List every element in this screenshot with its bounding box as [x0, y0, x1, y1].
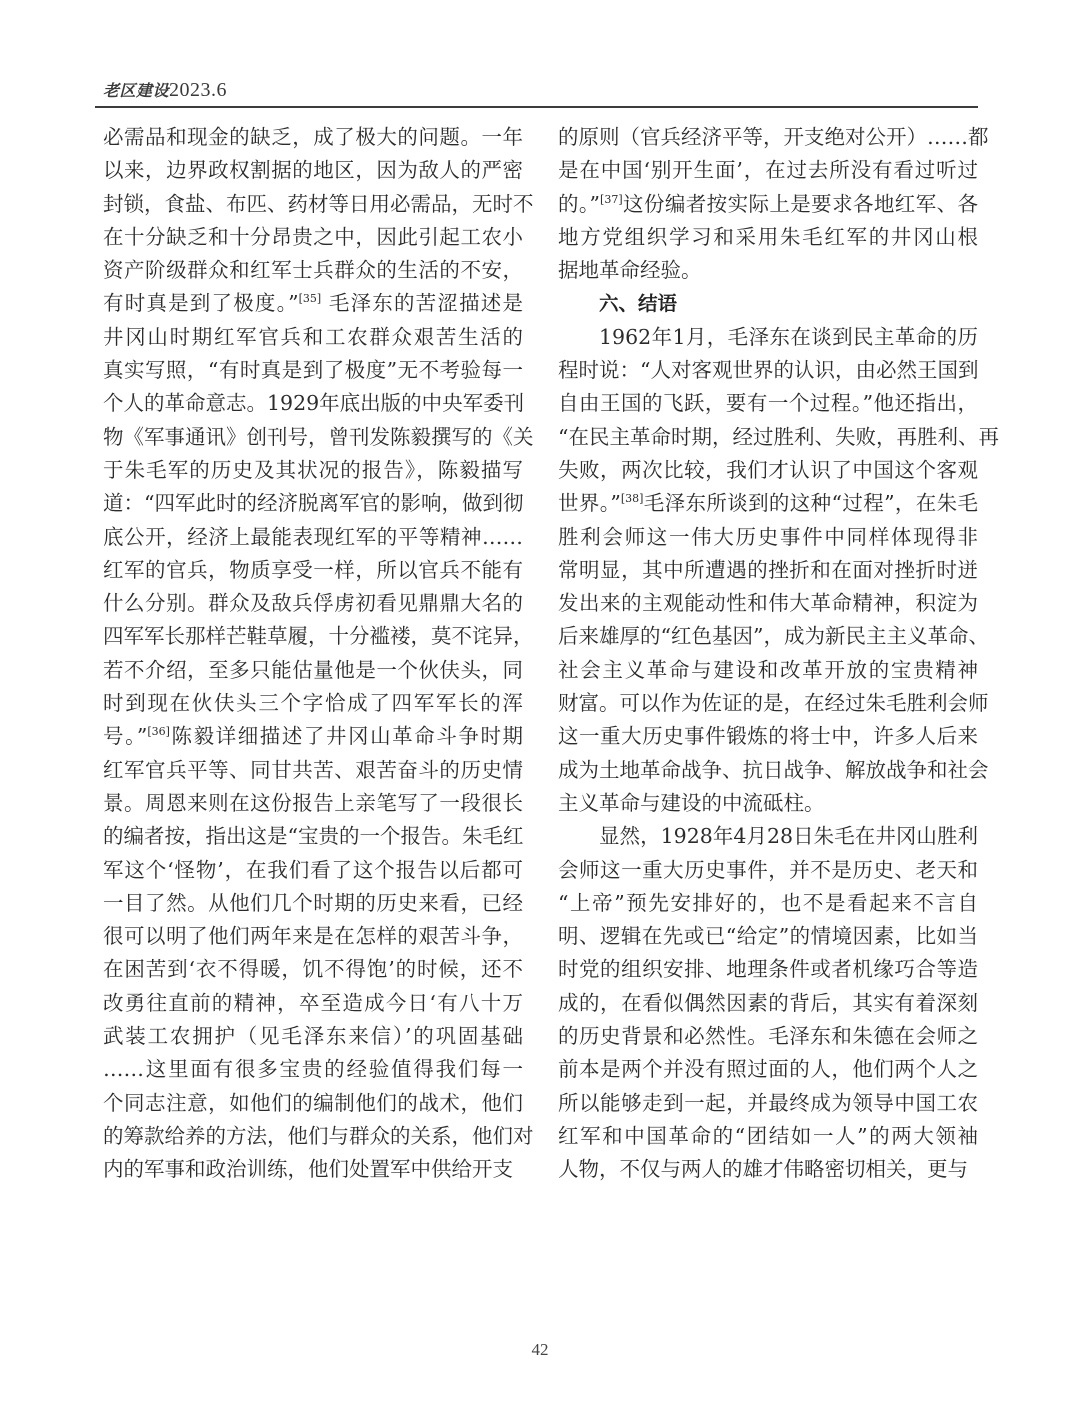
text-line: 红军和中国革命的“团结如一人”的两大领袖: [558, 1120, 978, 1153]
footnote-ref[interactable]: [36]: [147, 725, 170, 738]
text-line: 的。”[37]这份编者按实际上是要求各地红军、各: [558, 188, 978, 221]
text-line: 时到现在伙伕头三个字恰成了四军军长的浑: [103, 687, 523, 720]
text-line: 所以能够走到一起，并最终成为领导中国工农: [558, 1087, 978, 1120]
text-line: 以来，边界政权割据的地区，因为敌人的严密: [103, 154, 523, 187]
text-line: 有时真是到了极度。”[35] 毛泽东的苦涩描述是: [103, 287, 523, 320]
text-line: 时党的组织安排、地理条件或者机缘巧合等造: [558, 953, 978, 986]
text-line: 军这个‘怪物’，在我们看了这个报告以后都可: [103, 854, 523, 887]
text-line: 地方党组织学习和采用朱毛红军的井冈山根: [558, 221, 978, 254]
text-line: 的编者按，指出这是“宝贵的一个报告。朱毛红: [103, 820, 523, 853]
text-line: 必需品和现金的缺乏，成了极大的问题。一年: [103, 121, 523, 154]
text-line: “上帝”预先安排好的，也不是看起来不言自: [558, 887, 978, 920]
text-line: 会师这一重大历史事件，并不是历史、老天和: [558, 854, 978, 887]
text-line: 的原则（官兵经济平等，开支绝对公开）……都: [558, 121, 978, 154]
text-line: 若不介绍，至多只能估量他是一个伙伕头，同: [103, 654, 523, 687]
text-line: 红军官兵平等、同甘共苦、艰苦奋斗的历史情: [103, 754, 523, 787]
page-number: 42: [0, 1340, 1080, 1360]
footnote-ref[interactable]: [37]: [600, 193, 623, 206]
right-column: 的原则（官兵经济平等，开支绝对公开）……都是在中国‘别开生面’，在过去所没有看过…: [558, 121, 978, 1187]
text-line: 世界。”[38]毛泽东所谈到的这种“过程”，在朱毛: [558, 487, 978, 520]
text-line: 的历史背景和必然性。毛泽东和朱德在会师之: [558, 1020, 978, 1053]
text-line: 胜利会师这一伟大历史事件中同样体现得非: [558, 521, 978, 554]
text-line: 底公开，经济上最能表现红军的平等精神……: [103, 521, 523, 554]
text-line: 1962年1月，毛泽东在谈到民主革命的历: [558, 321, 978, 354]
text-line: 在十分缺乏和十分昂贵之中，因此引起工农小: [103, 221, 523, 254]
text-line: 社会主义革命与建设和改革开放的宝贵精神: [558, 654, 978, 687]
text-line: 常明显，其中所遭遇的挫折和在面对挫折时迸: [558, 554, 978, 587]
running-header: 老区建设2023.6: [103, 78, 227, 104]
text-line: 成的，在看似偶然因素的背后，其实有着深刻: [558, 987, 978, 1020]
footnote-ref[interactable]: [38]: [621, 492, 644, 505]
text-line: 井冈山时期红军官兵和工农群众艰苦生活的: [103, 321, 523, 354]
text-line: 的筹款给养的方法，他们与群众的关系，他们对: [103, 1120, 523, 1153]
text-line: 武装工农拥护（见毛泽东来信）’的巩固基础: [103, 1020, 523, 1053]
text-line: 发出来的主观能动性和伟大革命精神，积淀为: [558, 587, 978, 620]
journal-name: 老区建设: [103, 81, 169, 100]
text-line: 在困苦到‘衣不得暖，饥不得饱’的时候，还不: [103, 953, 523, 986]
text-line: 明、逻辑在先或已“给定”的情境因素，比如当: [558, 920, 978, 953]
text-line: 一目了然。从他们几个时期的历史来看，已经: [103, 887, 523, 920]
text-line: 资产阶级群众和红军士兵群众的生活的不安，: [103, 254, 523, 287]
text-line: 四军军长那样芒鞋草履，十分褴褛，莫不诧异，: [103, 620, 523, 653]
text-line: 后来雄厚的“红色基因”，成为新民主主义革命、: [558, 620, 978, 653]
issue-number: 2023.6: [169, 79, 227, 101]
footnote-ref[interactable]: [35]: [299, 292, 322, 305]
text-line: 据地革命经验。: [558, 254, 978, 287]
text-line: 什么分别。群众及敌兵俘虏初看见鼎鼎大名的: [103, 587, 523, 620]
text-line: 改勇往直前的精神，卒至造成今日‘有八十万: [103, 987, 523, 1020]
text-line: 封锁，食盐、布匹、药材等日用必需品，无时不: [103, 188, 523, 221]
text-line: ……这里面有很多宝贵的经验值得我们每一: [103, 1053, 523, 1086]
text-line: 财富。可以作为佐证的是，在经过朱毛胜利会师: [558, 687, 978, 720]
text-line: 失败，两次比较，我们才认识了中国这个客观: [558, 454, 978, 487]
text-line: 显然，1928年4月28日朱毛在井冈山胜利: [558, 820, 978, 853]
text-line: 道：“四军此时的经济脱离军官的影响，做到彻: [103, 487, 523, 520]
header-rule: [95, 106, 978, 108]
left-column: 必需品和现金的缺乏，成了极大的问题。一年以来，边界政权割据的地区，因为敌人的严密…: [103, 121, 523, 1187]
text-line: 很可以明了他们两年来是在怎样的艰苦斗争，: [103, 920, 523, 953]
text-line: 个人的革命意志。1929年底出版的中央军委刊: [103, 387, 523, 420]
text-line: 是在中国‘别开生面’，在过去所没有看过听过: [558, 154, 978, 187]
text-line: 这一重大历史事件锻炼的将士中，许多人后来: [558, 720, 978, 753]
text-line: 物《军事通讯》创刊号，曾刊发陈毅撰写的《关: [103, 421, 523, 454]
text-line: 景。周恩来则在这份报告上亲笔写了一段很长: [103, 787, 523, 820]
text-line: 号。”[36]陈毅详细描述了井冈山革命斗争时期: [103, 720, 523, 753]
text-line: 内的军事和政治训练，他们处置军中供给开支: [103, 1153, 523, 1186]
text-line: 红军的官兵，物质享受一样，所以官兵不能有: [103, 554, 523, 587]
text-line: 主义革命与建设的中流砥柱。: [558, 787, 978, 820]
section-heading: 六、结语: [558, 287, 978, 320]
text-line: 于朱毛军的历史及其状况的报告》，陈毅描写: [103, 454, 523, 487]
text-line: 程时说：“人对客观世界的认识，由必然王国到: [558, 354, 978, 387]
text-line: 自由王国的飞跃，要有一个过程。”他还指出，: [558, 387, 978, 420]
text-line: 成为土地革命战争、抗日战争、解放战争和社会: [558, 754, 978, 787]
text-line: “在民主革命时期，经过胜利、失败，再胜利、再: [558, 421, 978, 454]
text-line: 真实写照，“有时真是到了极度”无不考验每一: [103, 354, 523, 387]
text-line: 人物，不仅与两人的雄才伟略密切相关，更与: [558, 1153, 978, 1186]
text-line: 前本是两个并没有照过面的人，他们两个人之: [558, 1053, 978, 1086]
text-line: 个同志注意，如他们的编制他们的战术，他们: [103, 1087, 523, 1120]
